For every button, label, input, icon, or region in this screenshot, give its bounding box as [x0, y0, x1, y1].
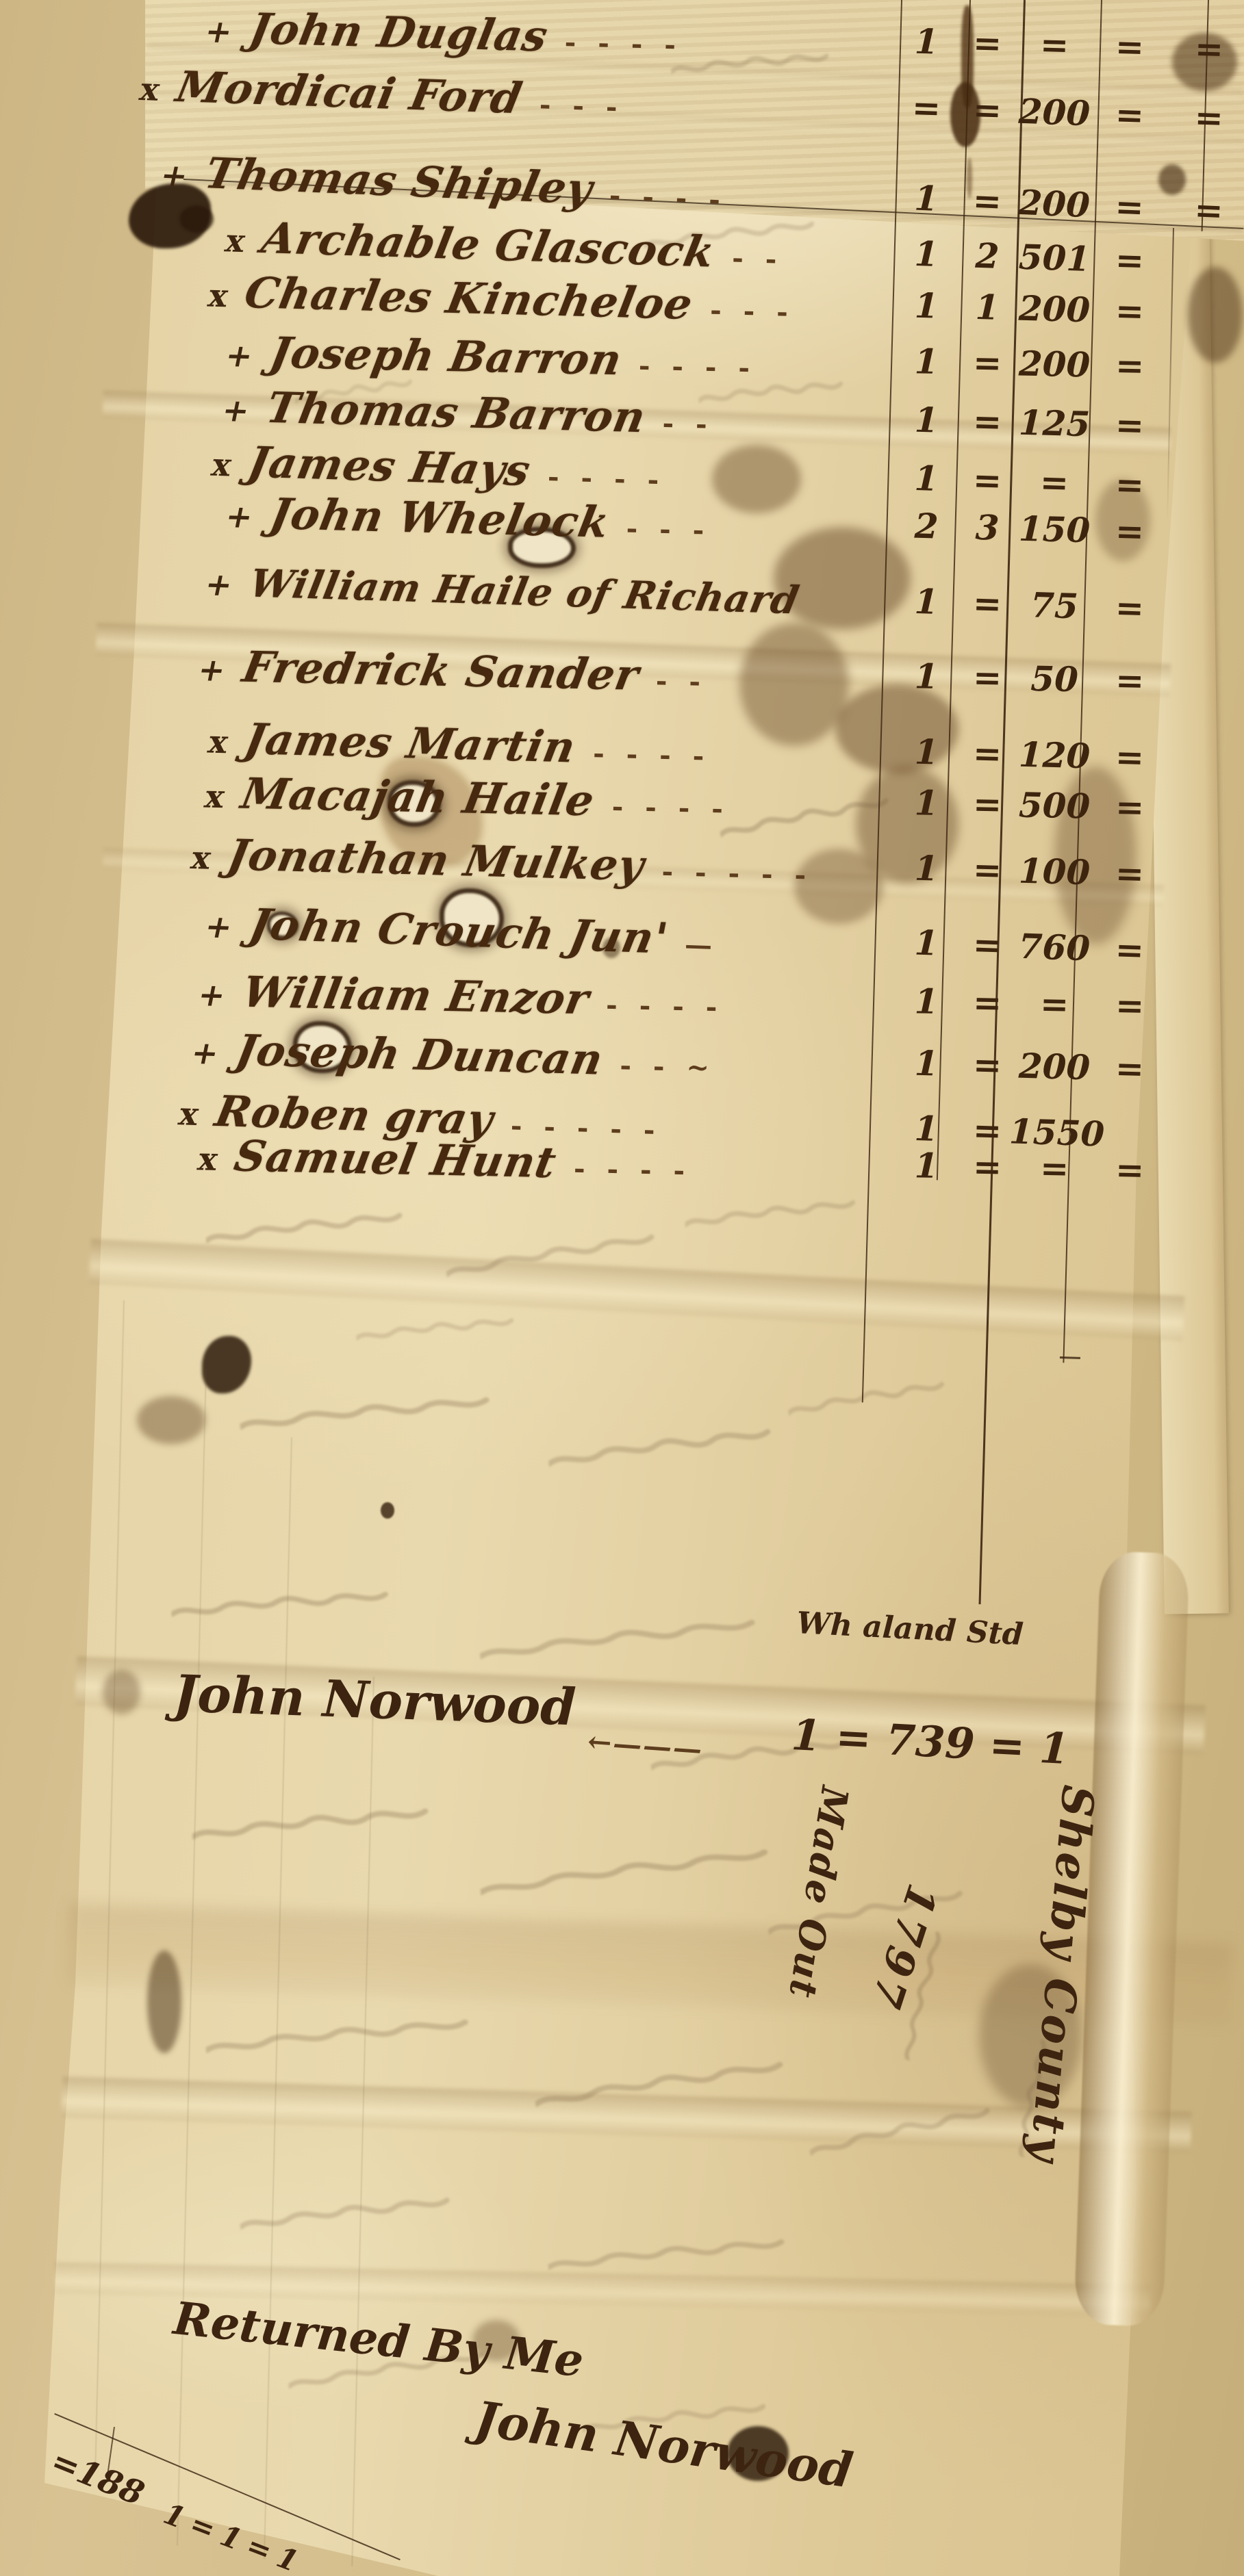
cell-value: 3	[958, 506, 1017, 548]
cell-value: 1	[894, 580, 959, 623]
cell-value: =	[1093, 94, 1166, 137]
cell-value: =	[1093, 185, 1166, 229]
dash-leader: - - - -	[547, 461, 665, 496]
dash-leader: - - - -	[574, 1152, 691, 1187]
cell-value: 1	[895, 782, 959, 824]
cell-value: 1	[894, 921, 959, 964]
dash-leader: - -	[662, 407, 713, 441]
scanned-document: +John Duglas- - - - 1==== xMordicai Ford…	[0, 0, 1244, 2576]
cell-value: 1	[958, 286, 1017, 328]
taxpayer-name: Archable Glascock	[259, 217, 719, 273]
cell-value: =	[958, 400, 1017, 442]
cell-value: =	[1093, 736, 1166, 778]
taxpayer-name: Charles Kincheloe	[242, 272, 696, 326]
cell-value: =	[1094, 786, 1166, 828]
dash-leader: - - ~	[620, 1049, 716, 1084]
cell-value: =	[959, 657, 1017, 699]
cell-value: 501	[1008, 236, 1100, 279]
cell-value: =	[958, 582, 1017, 625]
tally-mark: x	[137, 70, 164, 108]
tally-mark: +	[188, 1034, 222, 1072]
cell-value: =	[1174, 96, 1244, 139]
tally-mark: x	[176, 1095, 203, 1133]
tally-mark: x	[202, 778, 228, 815]
tally-mark: x	[188, 839, 214, 876]
cell-value: =	[894, 86, 959, 129]
cell-value: =	[1094, 1149, 1166, 1191]
cell-value: =	[959, 784, 1017, 825]
taxpayer-name: Fredrick Sander	[239, 646, 642, 697]
cell-value: 200	[1008, 90, 1100, 134]
cell-value: =	[959, 982, 1017, 1024]
dash-leader: - - -	[539, 88, 624, 123]
cell-value: =	[958, 1109, 1017, 1152]
cell-value: 1	[895, 981, 959, 1022]
cell-value: 500	[1009, 784, 1100, 827]
taxpayer-name: John Whelock	[266, 493, 612, 544]
cell-value: 1	[894, 21, 959, 62]
cell-value: 2	[958, 235, 1017, 277]
smudge	[103, 1670, 140, 1714]
taxpayer-name: James Hays	[245, 441, 534, 493]
tally-mark: +	[219, 391, 253, 429]
tally-mark: +	[202, 907, 236, 945]
dash-leader: - - - -	[638, 350, 756, 385]
dash-leader: - - - -	[606, 989, 724, 1024]
taxpayer-name: John Duglas	[246, 8, 551, 57]
cell-value: 200	[1008, 287, 1100, 330]
cell-value: 200	[1008, 1045, 1100, 1087]
cell-value: 1	[894, 285, 959, 326]
cell-value: =	[958, 732, 1017, 774]
cell-value: 120	[1008, 734, 1100, 776]
cell-value: =	[1009, 983, 1100, 1025]
smudge	[147, 1950, 181, 2053]
tally-mark: +	[195, 651, 229, 688]
cell-value: 1	[895, 341, 959, 383]
cell-value: 1	[895, 656, 959, 697]
cell-value: =	[1093, 239, 1166, 281]
dash-leader: - - -	[626, 513, 711, 547]
dash-leader: - - - -	[611, 790, 729, 825]
cell-value: 1	[894, 1042, 959, 1084]
cell-value: =	[1093, 852, 1166, 894]
dash-leader: - - - -	[593, 737, 711, 772]
taxpayer-name: Joseph Barron	[266, 332, 624, 382]
tally-mark: +	[223, 337, 256, 374]
cell-value: 100	[1008, 850, 1100, 892]
cell-value: 50	[1009, 658, 1100, 700]
cell-value: =	[959, 342, 1017, 384]
cell-value: =	[1094, 985, 1166, 1027]
cell-value: =	[1093, 289, 1166, 332]
dash-leader: - - - -	[564, 26, 682, 61]
cell-value: 2	[894, 505, 959, 547]
cell-value: =	[958, 89, 1017, 131]
cell-value: =	[1008, 23, 1100, 66]
cell-value: =	[958, 22, 1017, 64]
cell-value: =	[1173, 189, 1243, 232]
tally-mark: +	[202, 566, 236, 604]
cell-value: =	[1094, 345, 1166, 387]
smudge	[137, 1396, 205, 1444]
cell-value: =	[958, 1044, 1017, 1085]
cell-value: 1	[894, 457, 959, 500]
cell-value: =	[1174, 28, 1244, 70]
taxpayer-name: Mordicai Ford	[173, 66, 526, 120]
tally-mark: +	[157, 157, 192, 194]
taxpayer-name: Samuel Hunt	[231, 1135, 560, 1185]
cell-value: 760	[1008, 925, 1100, 969]
cell-value: =	[958, 459, 1017, 502]
cell-value: =	[1093, 25, 1166, 68]
tally-mark: +	[223, 498, 256, 535]
cell-value: 1	[894, 847, 959, 889]
cell-value: =	[1093, 1047, 1166, 1090]
cell-value: 1	[895, 1145, 959, 1187]
cell-value: 1	[894, 731, 959, 773]
dash-leader: - - - -	[609, 179, 727, 216]
taxpayer-name: Jonathan Mulkey	[225, 834, 648, 887]
cell-value: =	[1093, 510, 1166, 552]
cell-value: 150	[1008, 508, 1100, 550]
tally-mark: x	[205, 277, 231, 314]
dash-leader: - -	[655, 665, 707, 698]
cell-value: 1	[894, 1107, 959, 1150]
cell-value: 200	[1008, 181, 1100, 225]
dash-leader: - - - - -	[661, 855, 813, 892]
taxpayer-name: Macajah Haile	[238, 773, 598, 823]
tally-mark: +	[202, 13, 236, 51]
taxpayer-name: John Crouch Jun'	[246, 903, 671, 960]
dash-leader: - - -	[710, 294, 795, 329]
cell-value: =	[959, 1146, 1017, 1188]
taxpayer-name: Joseph Duncan	[232, 1029, 606, 1081]
dash-leader: —	[684, 929, 719, 962]
cell-value: =	[1093, 404, 1166, 446]
dash-leader: - -	[732, 242, 784, 276]
cell-value: 1	[894, 233, 959, 275]
cell-value: 75	[1008, 584, 1100, 627]
cell-value: =	[1009, 1147, 1100, 1189]
cell-value: =	[1093, 463, 1166, 506]
tally-mark: x	[205, 723, 231, 760]
cell-value: =	[958, 924, 1017, 966]
cell-value: =	[1093, 587, 1166, 629]
cell-value: 1	[894, 399, 959, 441]
taxpayer-name: Thomas Barron	[263, 387, 648, 439]
taxpayer-name: William Enzor	[239, 971, 592, 1020]
tally-mark: +	[195, 976, 229, 1014]
cell-value: =	[1008, 461, 1100, 504]
cell-value: 200	[1009, 343, 1100, 385]
taxpayer-name: James Martin	[242, 718, 579, 769]
tally-mark: x	[209, 446, 236, 484]
ink-dot	[381, 1502, 394, 1519]
cell-value: 125	[1008, 402, 1100, 444]
tally-mark: x	[195, 1140, 221, 1177]
cell-value: =	[958, 849, 1017, 890]
cell-value: =	[1093, 929, 1166, 972]
cell-value: =	[1094, 660, 1166, 701]
cell-value: 1	[894, 177, 959, 220]
tally-mark: x	[223, 222, 249, 259]
